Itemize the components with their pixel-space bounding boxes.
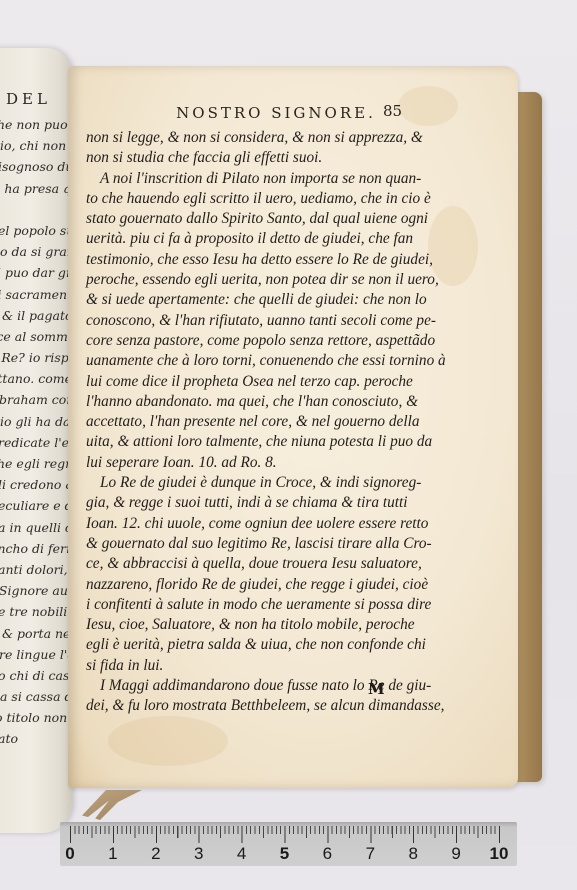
running-head: NOSTRO SIGNORE. (146, 104, 406, 122)
signature-mark: M (368, 680, 385, 698)
ruler-major-ticks (70, 826, 502, 843)
left-page-line: del popolo suo, ch (0, 220, 72, 241)
left-page-line: na in quelli che gl (0, 517, 72, 538)
right-page-recto: NOSTRO SIGNORE. 85 non si legge, & non s… (68, 66, 518, 788)
left-page-line (0, 199, 72, 220)
ruler-label: 1 (98, 844, 128, 864)
foxing-stain (398, 86, 458, 126)
left-page-line: to titolo non ribu (0, 707, 72, 728)
text-line: conoscono, & l'han rifiutato, uanno tant… (86, 311, 406, 331)
text-line: peroche, essendo egli uerita, non potea … (86, 270, 406, 290)
left-page-line: no chi di cassarlo (0, 665, 72, 686)
text-line: testimonio, che esso Iesu ha detto esser… (86, 250, 406, 270)
left-page-line: lle tre nobili lingue (0, 601, 72, 622)
ruler-label: 6 (312, 844, 342, 864)
left-page-verso: DEL che non puo regnarDio, chi non mareb… (0, 48, 72, 833)
left-page-line: peculiare e di colo (0, 495, 72, 516)
ruler-label: 9 (441, 844, 471, 864)
ruler-label: 5 (270, 844, 300, 864)
left-page-line: ettano. come e detto (0, 368, 72, 389)
left-page-line: gli credono & no (0, 474, 72, 495)
text-line: uerità. piu ci fa à proposito il detto d… (86, 229, 406, 249)
text-line: accettato, l'han presente nel core, & ne… (86, 412, 406, 432)
left-page-line: ancho di ferro. (0, 538, 72, 559)
left-page-line: predicate l'euange (0, 432, 72, 453)
text-line: uita, & attioni loro talmente, che niuna… (86, 432, 406, 452)
text-line: uanamente che à loro torni, conuenendo c… (86, 351, 406, 371)
text-line: i confitenti à salute in modo che uerame… (86, 595, 406, 615)
ruler-label: 4 (227, 844, 257, 864)
text-line: & si uede apertamente: che quelli de giu… (86, 290, 406, 310)
left-page-line: i, & porta ne i (0, 623, 72, 644)
text-line: l'hanno abandonato. ma quei, che l'han c… (86, 392, 406, 412)
left-page-line: ltre lingue l'otti (0, 644, 72, 665)
left-page-line: Abraham come dic (0, 389, 72, 410)
left-page-line: e Re? io rispondo (0, 347, 72, 368)
left-page-line: I Signore auanti (0, 580, 72, 601)
ruler-label: 10 (484, 844, 514, 864)
text-line: non si studia che faccia gli effetti suo… (86, 148, 406, 168)
text-line: gia, & regge i suoi tutti, indi à se chi… (86, 493, 406, 513)
left-page-line: che egli regni in (0, 453, 72, 474)
ruler-label: 0 (55, 844, 85, 864)
left-page-line: ci puo dar gran f (0, 262, 72, 283)
left-page-line: Dio gli ha date le (0, 411, 72, 432)
left-running-head: DEL (6, 90, 51, 108)
ruler-label: 2 (141, 844, 171, 864)
text-line: Iesu, cioe, Saluatore, & non ha titolo m… (86, 615, 406, 635)
left-page-line: uanti dolori, & q (0, 559, 72, 580)
text-line: lui come dice il propheta Osea nel terzo… (86, 372, 406, 392)
left-page-text: che non puo regnarDio, chi non marebisog… (0, 114, 72, 750)
left-page-line: oi sacramenti, & fa (0, 284, 72, 305)
left-page-line: li & il pagatore (0, 305, 72, 326)
text-line: lui seperare Ioan. 10. ad Ro. 8. (86, 453, 406, 473)
ruler-label: 7 (355, 844, 385, 864)
left-page-line: Dio, chi non mare (0, 135, 72, 156)
left-page-line: sce al sommo Dio. (0, 326, 72, 347)
ruler-label: 8 (398, 844, 428, 864)
text-line: Ioan. 12. chi uuole, come ogniun dee uol… (86, 514, 406, 534)
left-page-line: bisognoso dunque (0, 156, 72, 177)
text-line: egli è uerità, pietra salda & uiua, che … (86, 635, 406, 655)
measurement-ruler: 012345678910 (60, 822, 517, 866)
page-body-text: non si legge, & non si considera, & non … (86, 128, 406, 717)
foxing-stain (108, 716, 228, 766)
left-page-line: che non puo regnar (0, 114, 72, 135)
text-line: to che hauendo egli scritto il uero, ued… (86, 189, 406, 209)
text-line: si fida in lui. (86, 656, 406, 676)
text-line: A noi l'inscrition di Pilato non importa… (86, 169, 406, 189)
text-line: ce, & abbraccisi à quella, doue trouera … (86, 554, 406, 574)
page-number: 85 (383, 102, 402, 120)
ruler-label: 3 (184, 844, 214, 864)
text-line: core senza pastore, come popolo senza re… (86, 331, 406, 351)
text-line: nazzareno, florido Re de giudei, che reg… (86, 575, 406, 595)
left-page-line: si ha presa questa (0, 178, 72, 199)
left-page-line: tto da si gran pag (0, 241, 72, 262)
text-line: Lo Re de giudei è dunque in Croce, & ind… (86, 473, 406, 493)
text-line: dei, & fu loro mostrata Betthbeleem, se … (86, 696, 406, 716)
left-page-line: ria si cassa dal co (0, 686, 72, 707)
left-page-line: nato (0, 728, 72, 749)
text-line: & gouernato dal suo legitimo Re, lascisi… (86, 534, 406, 554)
text-line: stato gouernato dallo Spirito Santo, dal… (86, 209, 406, 229)
text-line: non si legge, & non si considera, & non … (86, 128, 406, 148)
text-line: I Maggi addimandarono doue fusse nato lo… (86, 676, 406, 696)
